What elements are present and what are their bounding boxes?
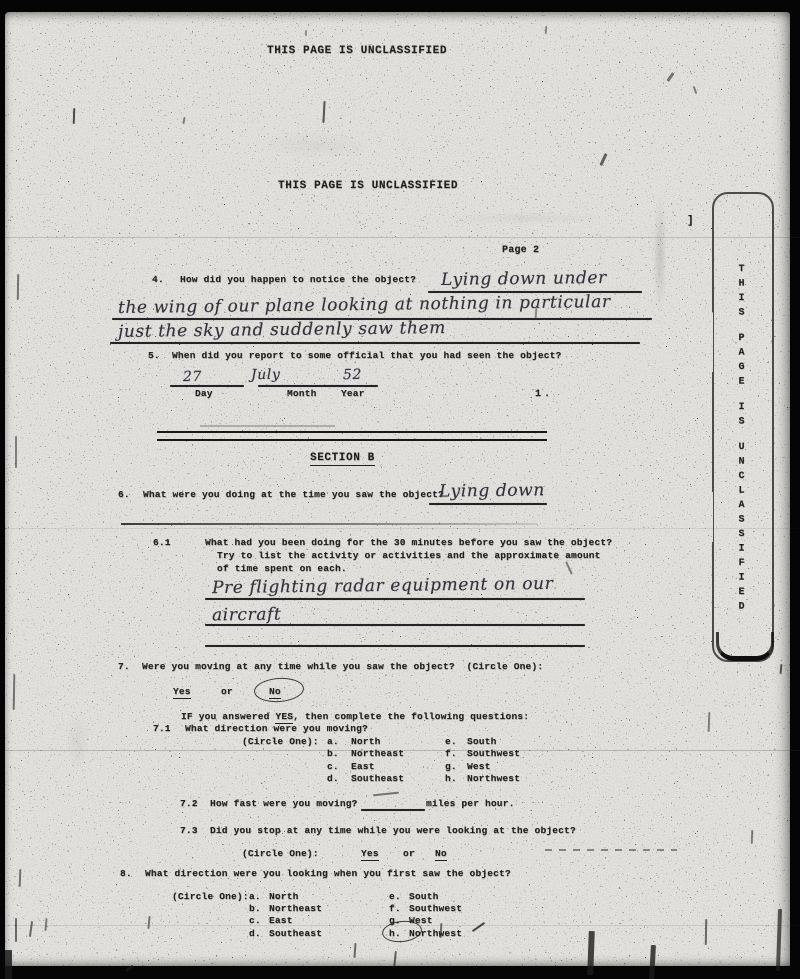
scan-line-artifact	[5, 237, 800, 238]
q6-1-underline2	[205, 624, 585, 626]
side-unclassified-stamp: THIS PAGE IS UNCLASSIFIED	[736, 264, 747, 616]
option-key: d.	[249, 928, 269, 939]
option-label: Southwest	[409, 903, 462, 914]
q7-no-circle-annotation	[253, 676, 305, 703]
scan-artifact	[393, 951, 397, 968]
q6-1-text-line1: What had you been doing for the 30 minut…	[205, 537, 612, 548]
option-label: Southeast	[269, 928, 322, 939]
scan-artifact	[125, 965, 134, 973]
q6-1-answer-line1: Pre flighting radar equipment on our	[212, 574, 554, 598]
q4-number: 4.	[152, 274, 164, 285]
q7-1-circle-one-label: (Circle One):	[242, 736, 319, 747]
q7-number: 7.	[118, 661, 130, 672]
option-label: Southeast	[351, 773, 404, 784]
q7-3-no: No	[435, 848, 447, 861]
option-key: g.	[445, 761, 467, 772]
q7-3-yes: Yes	[361, 848, 379, 861]
q7-note-prefix: IF you answered	[181, 711, 275, 722]
q8-number: 8.	[120, 868, 132, 879]
scan-line-artifact	[121, 523, 537, 525]
option-key: d.	[327, 773, 351, 784]
option-key: f.	[389, 903, 409, 914]
scan-artifact	[19, 869, 22, 887]
option-key: e.	[445, 736, 467, 747]
scan-smudge	[255, 130, 375, 160]
scan-artifact	[353, 943, 356, 958]
scan-artifact	[693, 86, 698, 94]
q5-day-line	[170, 385, 244, 387]
q7-1-option-a: a.North	[327, 736, 381, 747]
scan-artifact	[545, 26, 548, 34]
q6-answer: Lying down	[439, 480, 545, 501]
option-key: a.	[249, 891, 269, 902]
scanned-document: THIS PAGE IS UNCLASSIFIED THIS PAGE IS U…	[0, 0, 800, 979]
q8-option-d: d.Southeast	[249, 928, 322, 939]
option-key: a.	[327, 736, 351, 747]
scan-artifact	[649, 945, 656, 979]
scan-smudge	[435, 212, 615, 224]
q8-option-f: f.Southwest	[389, 903, 462, 914]
scan-line-artifact	[200, 425, 335, 427]
q7-1-option-d: d.Southeast	[327, 773, 404, 784]
q7-text: Were you moving at any time while you sa…	[142, 661, 543, 672]
header-unclassified-stamp: THIS PAGE IS UNCLASSIFIED	[278, 180, 458, 192]
q7-2-blank-line	[361, 809, 425, 811]
option-label: South	[409, 891, 439, 902]
q8-option-b: b.Northeast	[249, 903, 322, 914]
option-label: East	[351, 761, 375, 772]
q8-text: What direction were you looking when you…	[145, 868, 511, 879]
option-key: h.	[445, 773, 467, 784]
q7-1-option-h: h.Northwest	[445, 773, 520, 784]
q5-number: 5.	[148, 350, 160, 361]
q7-1-option-g: g.West	[445, 761, 491, 772]
q6-1-text-line3: of time spent on each.	[217, 563, 347, 574]
option-label: Northeast	[269, 903, 322, 914]
scan-artifact	[373, 792, 399, 797]
option-label: North	[351, 736, 381, 747]
q7-2-text: How fast were you moving?	[210, 798, 358, 809]
scan-artifact	[13, 674, 16, 710]
margin-note: 1.	[535, 389, 553, 400]
scan-smudge	[653, 192, 667, 317]
side-stamp-word: IS	[736, 402, 747, 431]
scan-smudge	[65, 712, 90, 772]
scan-artifact	[776, 909, 782, 971]
scan-artifact	[182, 117, 185, 124]
scan-artifact	[708, 712, 711, 732]
q5-year-value: 52	[343, 367, 362, 383]
q5-month-value: July	[251, 367, 281, 383]
q7-note-yes: YES	[275, 711, 293, 724]
q7-3-or: or	[403, 848, 415, 859]
margin-bracket-mark: ]	[687, 215, 694, 227]
section-divider-rule	[157, 431, 547, 441]
paper: THIS PAGE IS UNCLASSIFIED THIS PAGE IS U…	[5, 12, 790, 966]
q5-text: When did you report to some official tha…	[172, 350, 561, 361]
q4-answer-underline3	[110, 342, 640, 344]
scan-artifact	[15, 436, 17, 468]
scan-dash-artifact	[545, 849, 677, 851]
q5-year-label: Year	[341, 388, 365, 399]
q8-h-circle-annotation	[381, 919, 423, 944]
scan-artifact	[705, 919, 707, 945]
q7-1-option-c: c.East	[327, 761, 375, 772]
option-key: b.	[249, 903, 269, 914]
q5-month-label: Month	[287, 388, 317, 399]
q6-1-underline1	[205, 598, 585, 600]
scan-artifact	[565, 561, 573, 575]
side-stamp-word: PAGE	[736, 333, 747, 391]
scan-artifact	[535, 308, 538, 318]
q7-3-number: 7.3	[180, 825, 198, 836]
scan-artifact	[147, 916, 150, 929]
side-stamp-word: THIS	[736, 264, 747, 322]
q6-number: 6.	[118, 489, 130, 500]
q7-note-suffix: , then complete the following questions:	[293, 711, 529, 722]
q7-2-number: 7.2	[180, 798, 198, 809]
q6-answer-underline	[429, 503, 547, 505]
q7-or: or	[221, 686, 233, 697]
scan-artifact	[15, 918, 17, 942]
option-label: West	[467, 761, 491, 772]
scan-artifact	[5, 950, 12, 979]
option-label: North	[269, 891, 299, 902]
q7-1-option-e: e.South	[445, 736, 497, 747]
q8-option-a: a.North	[249, 891, 299, 902]
side-stamp-word: UNCLASSIFIED	[736, 442, 747, 616]
q7-3-circle-one-label: (Circle One):	[242, 848, 319, 859]
bracket-gap	[705, 492, 713, 542]
q7-note: IF you answered YES, then complete the f…	[181, 711, 529, 722]
scan-artifact	[29, 921, 33, 937]
top-unclassified-stamp: THIS PAGE IS UNCLASSIFIED	[267, 45, 447, 57]
scan-artifact	[666, 72, 674, 82]
q7-yes: Yes	[173, 686, 191, 699]
scan-line-artifact	[5, 925, 800, 926]
q4-text: How did you happen to notice the object?	[180, 274, 416, 285]
section-b-heading: SECTION B	[310, 452, 375, 466]
option-key: c.	[327, 761, 351, 772]
q4-answer-line3: just the sky and suddenly saw them	[118, 318, 446, 342]
q5-day-label: Day	[195, 388, 213, 399]
scan-line-artifact	[5, 528, 800, 529]
scan-artifact	[587, 931, 595, 975]
q7-1-text: What direction were you moving?	[185, 723, 368, 734]
scan-artifact	[751, 830, 753, 844]
scan-line-artifact	[5, 750, 800, 751]
scan-artifact	[472, 922, 485, 932]
q6-text: What were you doing at the time you saw …	[143, 489, 444, 500]
scan-artifact	[322, 101, 325, 123]
q6-1-number: 6.1	[153, 537, 171, 548]
scan-artifact	[305, 30, 307, 36]
scan-artifact	[780, 664, 783, 674]
q6-1-answer-line2: aircraft	[212, 605, 282, 626]
margin-clip-bottom	[716, 632, 774, 661]
scan-artifact	[73, 108, 76, 124]
bracket-gap	[705, 312, 713, 372]
page-number: Page 2	[502, 245, 539, 256]
q7-3-text: Did you stop at any time while you were …	[210, 825, 576, 836]
q6-1-text-line2: Try to list the activity or activities a…	[217, 550, 601, 561]
bracket-gap	[762, 262, 770, 342]
q7-1-number: 7.1	[153, 723, 171, 734]
scan-artifact	[17, 274, 19, 300]
option-label: South	[467, 736, 497, 747]
option-label: Northwest	[467, 773, 520, 784]
q5-day-value: 27	[183, 369, 202, 385]
q6-1-underline3	[205, 645, 585, 647]
q4-answer-line1: Lying down under	[441, 268, 607, 290]
scan-artifact	[599, 153, 607, 166]
q7-2-suffix: miles per hour.	[426, 798, 515, 809]
option-key: e.	[389, 891, 409, 902]
q8-option-e: e.South	[389, 891, 439, 902]
q8-circle-one-label: (Circle One):	[172, 891, 249, 902]
q5-year-line	[328, 385, 378, 387]
